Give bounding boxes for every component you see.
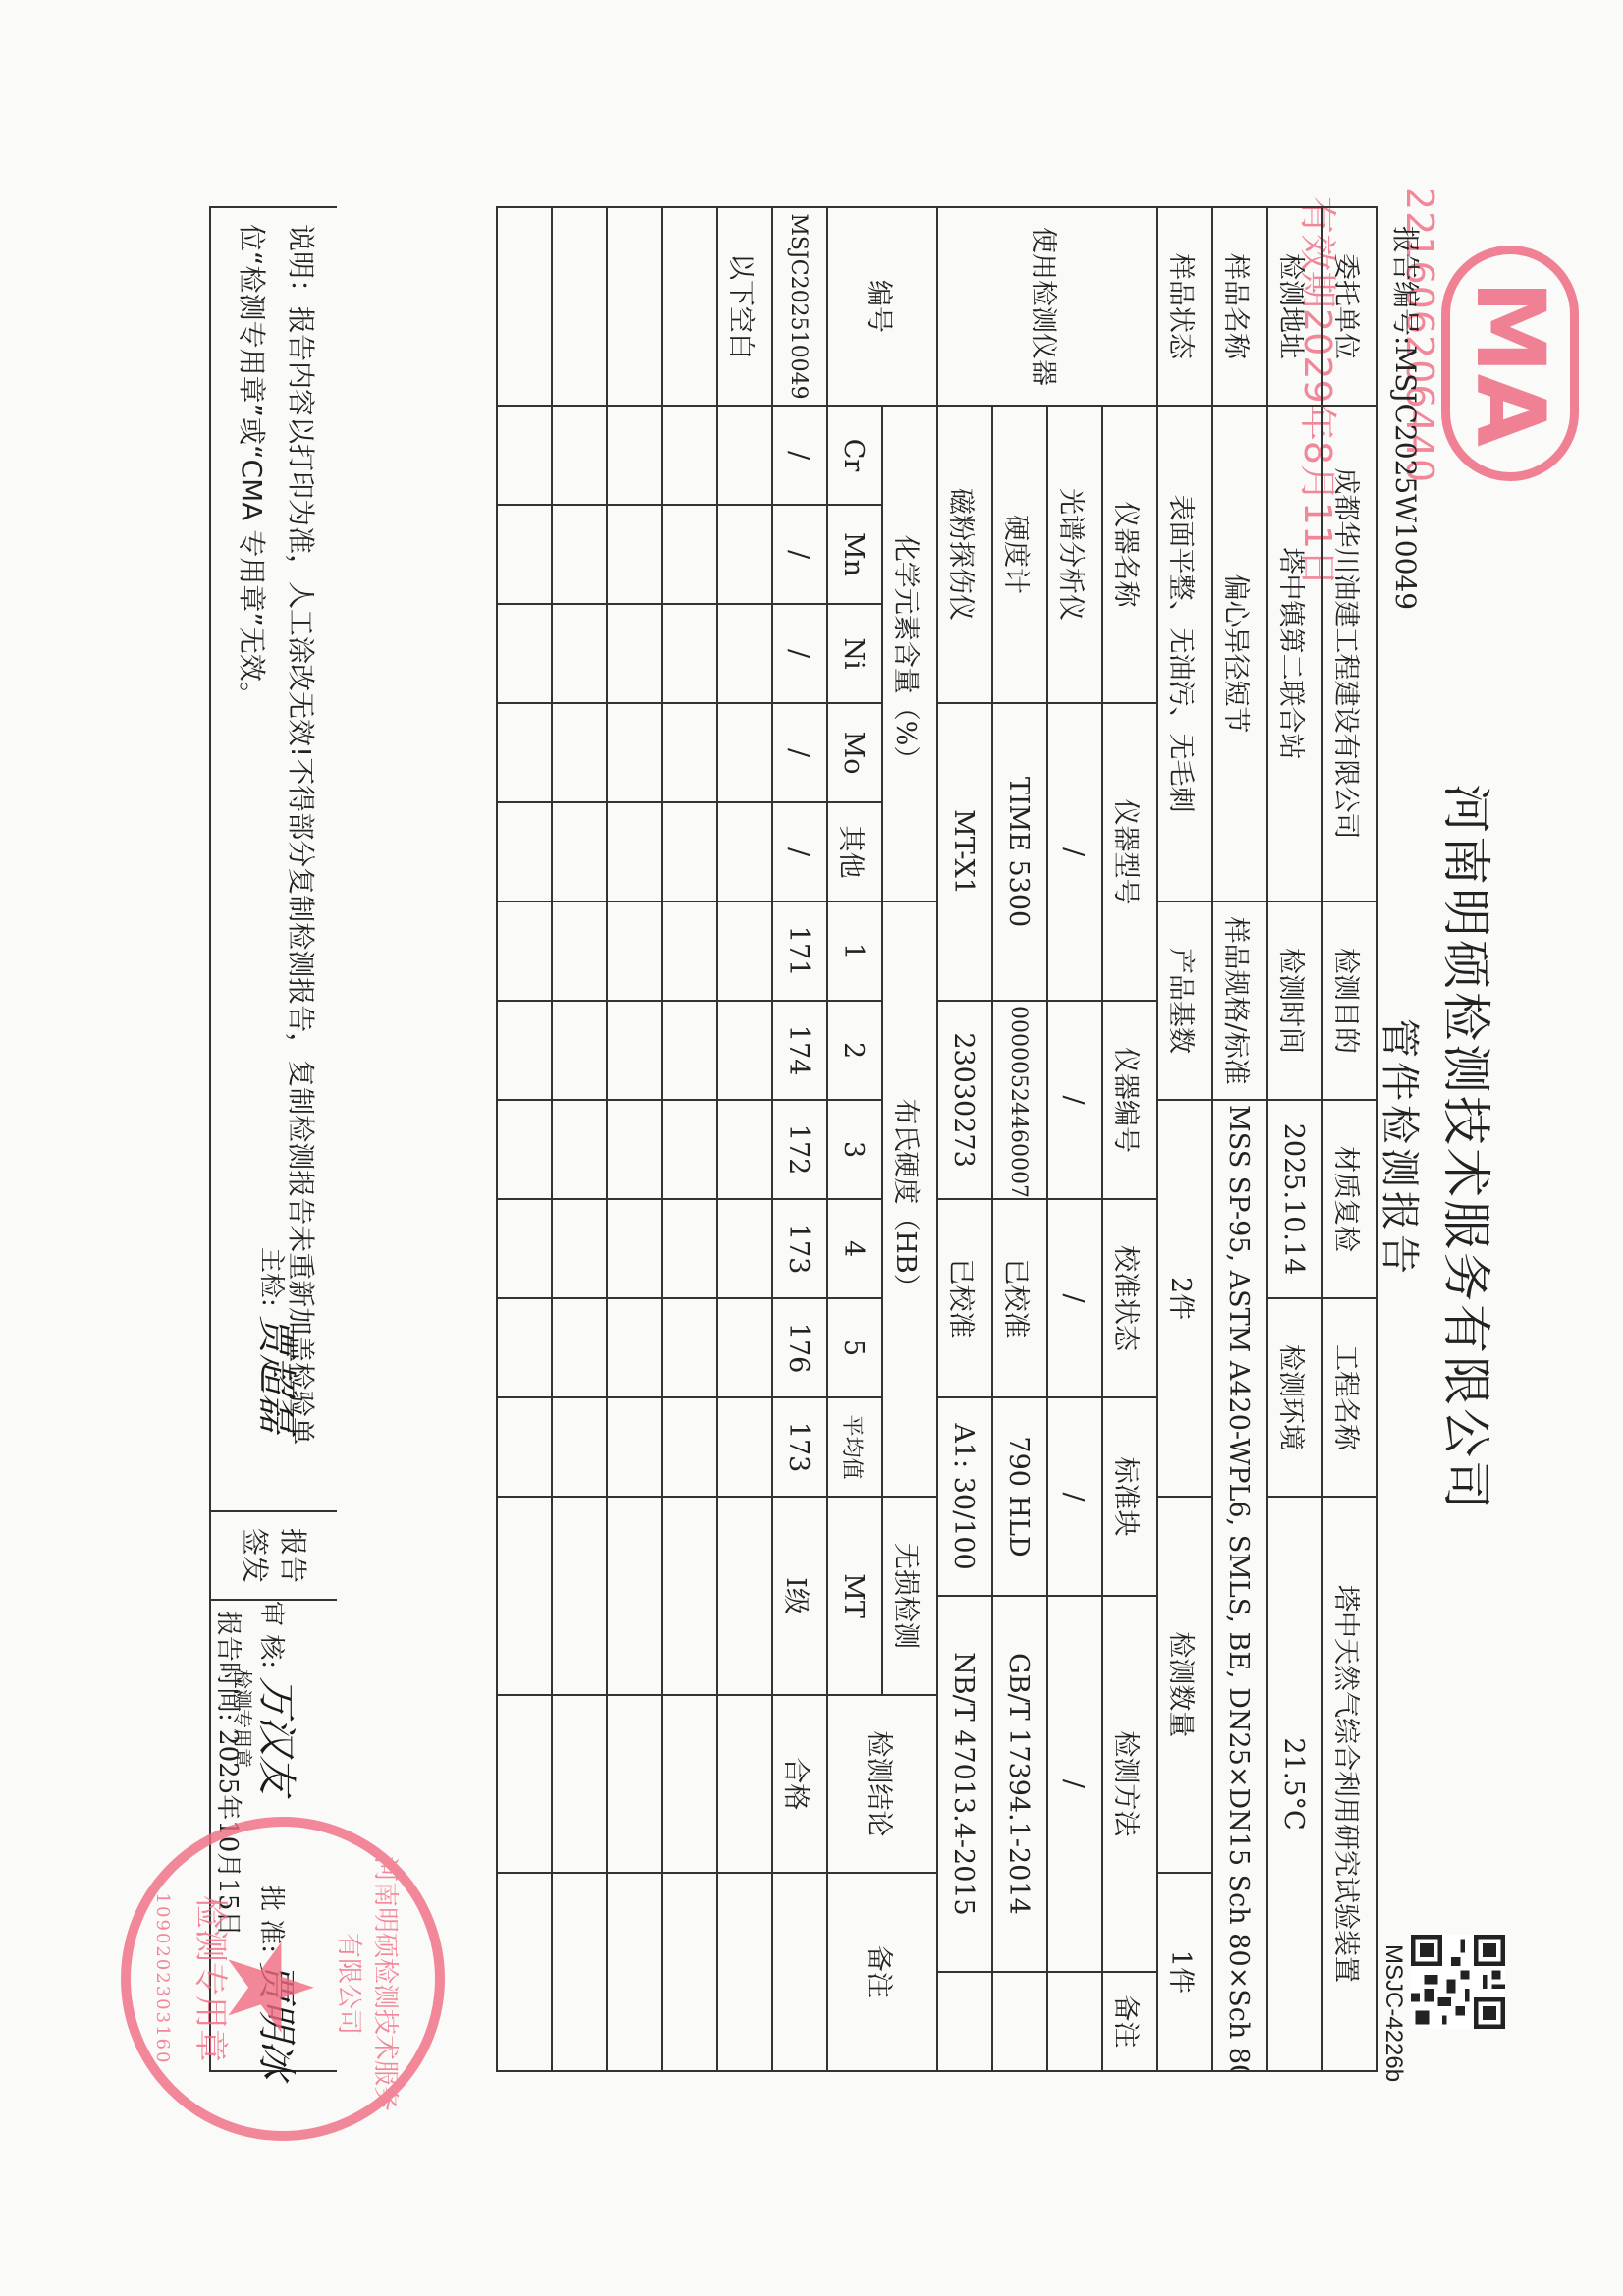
report-page: MA 221606206440 有效期2029年8月11日 河南明硕检测技术服务… — [0, 0, 1623, 2296]
col-ndt: 无损检测 — [882, 1497, 937, 1695]
col-remark: 备注 — [827, 1873, 937, 2071]
blank-cell — [497, 505, 552, 604]
review-signature: 万汉友 — [253, 1676, 298, 1794]
info-row-2: 检测地址 塔中镇第二联合站 检测时间 2025.10.14 检测环境 21.5°… — [1267, 207, 1322, 2071]
blank-cell — [552, 1695, 607, 1873]
col-calibration: 校准状态 — [1102, 1199, 1157, 1397]
date-label: 检测时间 — [1267, 902, 1322, 1100]
col-instrument-model: 仪器型号 — [1102, 703, 1157, 1001]
chem-value — [717, 406, 772, 505]
chem-value — [717, 505, 772, 604]
reviewer: 审 核: 万汉友 — [251, 1601, 307, 1794]
hardness-value: 174 — [772, 1001, 827, 1100]
blank-cell — [552, 802, 607, 902]
seal-code: 1090202303160 — [152, 1876, 173, 2082]
blank-cell — [497, 902, 552, 1001]
instrument-remark — [937, 1972, 992, 2071]
col-hb-4: 4 — [827, 1199, 882, 1298]
blank-cell — [497, 1100, 552, 1199]
sign-label: 报告签发 — [209, 1512, 337, 1601]
instrument-serial: / — [1047, 1001, 1102, 1199]
col-instrument-name: 仪器名称 — [1102, 406, 1157, 703]
col-hb-2: 2 — [827, 1001, 882, 1100]
blank-cell — [552, 505, 607, 604]
project-label: 工程名称 — [1322, 1298, 1377, 1497]
site-label: 检测地址 — [1267, 207, 1322, 406]
site-value: 塔中镇第二联合站 — [1267, 406, 1322, 902]
conclusion: 合格 — [772, 1695, 827, 1873]
hardness-value: 173 — [772, 1199, 827, 1298]
hardness-value — [717, 1199, 772, 1298]
report-number-value: MSJC2025W10049 — [1389, 345, 1422, 610]
chem-value: / — [772, 802, 827, 902]
instrument-block: / — [1047, 1397, 1102, 1596]
blank-cell — [662, 1100, 717, 1199]
blank-cell — [607, 207, 662, 406]
blank-cell — [607, 406, 662, 505]
sample-id: 以下空白 — [717, 207, 772, 406]
seal-company: 河南明硕检测技术服务有限公司 — [333, 1856, 406, 2111]
blank-cell — [662, 1298, 717, 1397]
blank-cell — [497, 802, 552, 902]
test-qty-value: 1件 — [1157, 1873, 1212, 2071]
remark — [717, 1873, 772, 2071]
col-mt: MT — [827, 1497, 882, 1695]
info-row-3: 样品名称 偏心异径短节 样品规格/标准 MSS SP-95, ASTM A420… — [1212, 207, 1267, 2071]
report-number: 报告编号:MSJC2025W10049 — [1387, 226, 1427, 610]
blank-cell — [552, 1199, 607, 1298]
hardness-value — [717, 1001, 772, 1100]
blank-cell — [607, 604, 662, 703]
instrument-serial: 23030273 — [937, 1001, 992, 1199]
chem-value — [717, 802, 772, 902]
hardness-value — [717, 1100, 772, 1199]
col-hardness: 布氏硬度（HB） — [882, 902, 937, 1497]
blank-cell — [607, 802, 662, 902]
chem-value: / — [772, 505, 827, 604]
instrument-method: GB/T 17394.1-2014 — [992, 1596, 1047, 1972]
blank-cell — [552, 1873, 607, 2071]
col-test-method: 检测方法 — [1102, 1596, 1157, 1972]
instrument-model: MT-X1 — [937, 703, 992, 1001]
instrument-serial: 000005244600078 — [992, 1001, 1047, 1199]
blank-cell — [497, 1397, 552, 1497]
col-chemical: 化学元素含量（%） — [882, 406, 937, 902]
instrument-model: / — [1047, 703, 1102, 1001]
blank-cell — [552, 1100, 607, 1199]
chem-value — [717, 703, 772, 802]
sample-id: MSJC202510049 — [772, 207, 827, 406]
date-value: 2025.10.14 — [1267, 1100, 1322, 1298]
blank-cell — [607, 1873, 662, 2071]
chem-value: / — [772, 604, 827, 703]
info-row-4: 样品状态 表面平整、无油污、无毛刺 产品基数 2件 检测数量 1件 — [1157, 207, 1212, 2071]
blank-cell — [662, 1001, 717, 1100]
info-row-1: 委托单位 成都华川油建工程建设有限公司 检测目的 材质复检 工程名称 塔中天然气… — [1322, 207, 1377, 2071]
hardness-value: 176 — [772, 1298, 827, 1397]
hardness-value — [717, 1298, 772, 1397]
blank-cell — [497, 1873, 552, 2071]
blank-cell — [552, 902, 607, 1001]
blank-cell — [607, 1298, 662, 1397]
hardness-value: 173 — [772, 1397, 827, 1497]
instruments-section-label: 使用检测仪器 — [937, 207, 1157, 406]
col-mo: Mo — [827, 703, 882, 802]
blank-cell — [497, 1298, 552, 1397]
blank-cell — [662, 207, 717, 406]
hardness-value: 172 — [772, 1100, 827, 1199]
blank-cell — [607, 1497, 662, 1695]
blank-cell — [497, 604, 552, 703]
env-value: 21.5°C — [1267, 1497, 1322, 2071]
blank-cell — [497, 207, 552, 406]
purpose-value: 材质复检 — [1322, 1100, 1377, 1298]
instrument-block: A1: 30/100 — [937, 1397, 992, 1596]
blank-cell — [662, 505, 717, 604]
client-value: 成都华川油建工程建设有限公司 — [1322, 406, 1377, 902]
col-instrument-remark: 备注 — [1102, 1972, 1157, 2071]
blank-cell — [552, 1298, 607, 1397]
report-number-label: 报告编号: — [1389, 226, 1422, 345]
blank-cell — [662, 902, 717, 1001]
chem-value: / — [772, 406, 827, 505]
blank-cell — [662, 1873, 717, 2071]
conclusion — [717, 1695, 772, 1873]
col-mn: Mn — [827, 505, 882, 604]
col-hb-3: 3 — [827, 1100, 882, 1199]
report-date-label: 报告时间: — [213, 1611, 243, 1722]
project-value: 塔中天然气综合利用研究试验装置 — [1322, 1497, 1377, 2071]
instrument-method: NB/T 47013.4-2015 — [937, 1596, 992, 1972]
instrument-name: 硬度计 — [992, 406, 1047, 703]
qr-code-icon — [1411, 1935, 1505, 2029]
instrument-row: 光谱分析仪 / / / / / — [1047, 207, 1102, 2071]
spec-value: MSS SP-95, ASTM A420-WPL6, SMLS, BE, DN2… — [1212, 1100, 1267, 2071]
hardness-value — [717, 902, 772, 1001]
col-cr: Cr — [827, 406, 882, 505]
form-code: MSJC-4226b — [1380, 1944, 1407, 2082]
blank-cell — [552, 406, 607, 505]
blank-cell — [662, 406, 717, 505]
col-hb-1: 1 — [827, 902, 882, 1001]
blank-cell — [662, 1497, 717, 1695]
hardness-value: 171 — [772, 902, 827, 1001]
blank-row — [607, 207, 662, 2071]
instrument-block: 790 HLD — [992, 1397, 1047, 1596]
blank-cell — [662, 1397, 717, 1497]
sample-name-label: 样品名称 — [1212, 207, 1267, 406]
blank-cell — [552, 1497, 607, 1695]
result-row: 以下空白 — [717, 207, 772, 2071]
instrument-row: 硬度计 TIME 5300 000005244600078 已校准 790 HL… — [992, 207, 1047, 2071]
env-label: 检测环境 — [1267, 1298, 1322, 1497]
base-qty-label: 产品基数 — [1157, 902, 1212, 1100]
instrument-remark — [1047, 1972, 1102, 2071]
col-hb-average: 平均值 — [827, 1397, 882, 1497]
blank-cell — [662, 802, 717, 902]
blank-cell — [552, 703, 607, 802]
col-other: 其他 — [827, 802, 882, 902]
instrument-calibration: 已校准 — [937, 1199, 992, 1397]
blank-cell — [662, 703, 717, 802]
blank-cell — [552, 207, 607, 406]
blank-cell — [607, 1199, 662, 1298]
col-conclusion: 检测结论 — [827, 1695, 937, 1873]
blank-cell — [607, 1695, 662, 1873]
instrument-model: TIME 5300 — [992, 703, 1047, 1001]
instrument-name: 磁粉探伤仪 — [937, 406, 992, 703]
ndt-grade: I级 — [772, 1497, 827, 1695]
blank-cell — [497, 1001, 552, 1100]
official-seal: 河南明硕检测技术服务有限公司 ★ 检测专用章 1090202303160 — [121, 1817, 445, 2141]
blank-row — [497, 207, 552, 2071]
instrument-name: 光谱分析仪 — [1047, 406, 1102, 703]
remark — [772, 1873, 827, 2071]
blank-row — [662, 207, 717, 2071]
sample-state-label: 样品状态 — [1157, 207, 1212, 406]
col-standard-block: 标准块 — [1102, 1397, 1157, 1596]
col-instrument-serial: 仪器编号 — [1102, 1001, 1157, 1199]
report-table: 委托单位 成都华川油建工程建设有限公司 检测目的 材质复检 工程名称 塔中天然气… — [496, 206, 1378, 2072]
col-sample-id: 编号 — [827, 207, 937, 406]
blank-cell — [607, 1001, 662, 1100]
hardness-value — [717, 1397, 772, 1497]
instrument-calibration: 已校准 — [992, 1199, 1047, 1397]
col-hb-5: 5 — [827, 1298, 882, 1397]
blank-cell — [662, 604, 717, 703]
blank-cell — [607, 1100, 662, 1199]
sign-label-text: 报告签发 — [236, 1528, 312, 1583]
blank-cell — [497, 1497, 552, 1695]
purpose-label: 检测目的 — [1322, 902, 1377, 1100]
blank-cell — [607, 505, 662, 604]
instrument-calibration: / — [1047, 1199, 1102, 1397]
base-qty-value: 2件 — [1157, 1100, 1212, 1497]
instrument-row: 磁粉探伤仪 MT-X1 23030273 已校准 A1: 30/100 NB/T… — [937, 207, 992, 2071]
seal-name: 检测专用章 — [189, 1866, 238, 2092]
ndt-grade — [717, 1497, 772, 1695]
blank-cell — [662, 1199, 717, 1298]
sample-name-value: 偏心异径短节 — [1212, 406, 1267, 902]
review-label: 审 核: — [256, 1601, 286, 1668]
client-label: 委托单位 — [1322, 207, 1377, 406]
spec-label: 样品规格/标准 — [1212, 902, 1267, 1100]
col-ni: Ni — [827, 604, 882, 703]
results-header-row-1: 编号 化学元素含量（%） 布氏硬度（HB） 无损检测 检测结论 备注 — [882, 207, 937, 2071]
blank-cell — [497, 406, 552, 505]
instrument-header-row: 使用检测仪器 仪器名称 仪器型号 仪器编号 校准状态 标准块 检测方法 备注 — [1102, 207, 1157, 2071]
chief-signature: 贾超磊 — [253, 1315, 298, 1433]
blank-cell — [497, 703, 552, 802]
sample-state-value: 表面平整、无油污、无毛刺 — [1157, 406, 1212, 902]
test-qty-label: 检测数量 — [1157, 1497, 1212, 1873]
instrument-method: / — [1047, 1596, 1102, 1972]
blank-cell — [552, 1001, 607, 1100]
chem-value: / — [772, 703, 827, 802]
blank-cell — [607, 902, 662, 1001]
blank-row — [552, 207, 607, 2071]
blank-cell — [552, 604, 607, 703]
instrument-remark — [992, 1972, 1047, 2071]
blank-cell — [607, 1397, 662, 1497]
blank-cell — [552, 1397, 607, 1497]
result-row: MSJC202510049/////171174172173176173I级合格 — [772, 207, 827, 2071]
chem-value — [717, 604, 772, 703]
chief-label: 主检: — [256, 1247, 286, 1307]
chief-inspector: 主检: 贾超磊 — [251, 1247, 307, 1433]
blank-cell — [497, 1695, 552, 1873]
blank-cell — [497, 1199, 552, 1298]
blank-cell — [662, 1695, 717, 1873]
blank-cell — [607, 703, 662, 802]
